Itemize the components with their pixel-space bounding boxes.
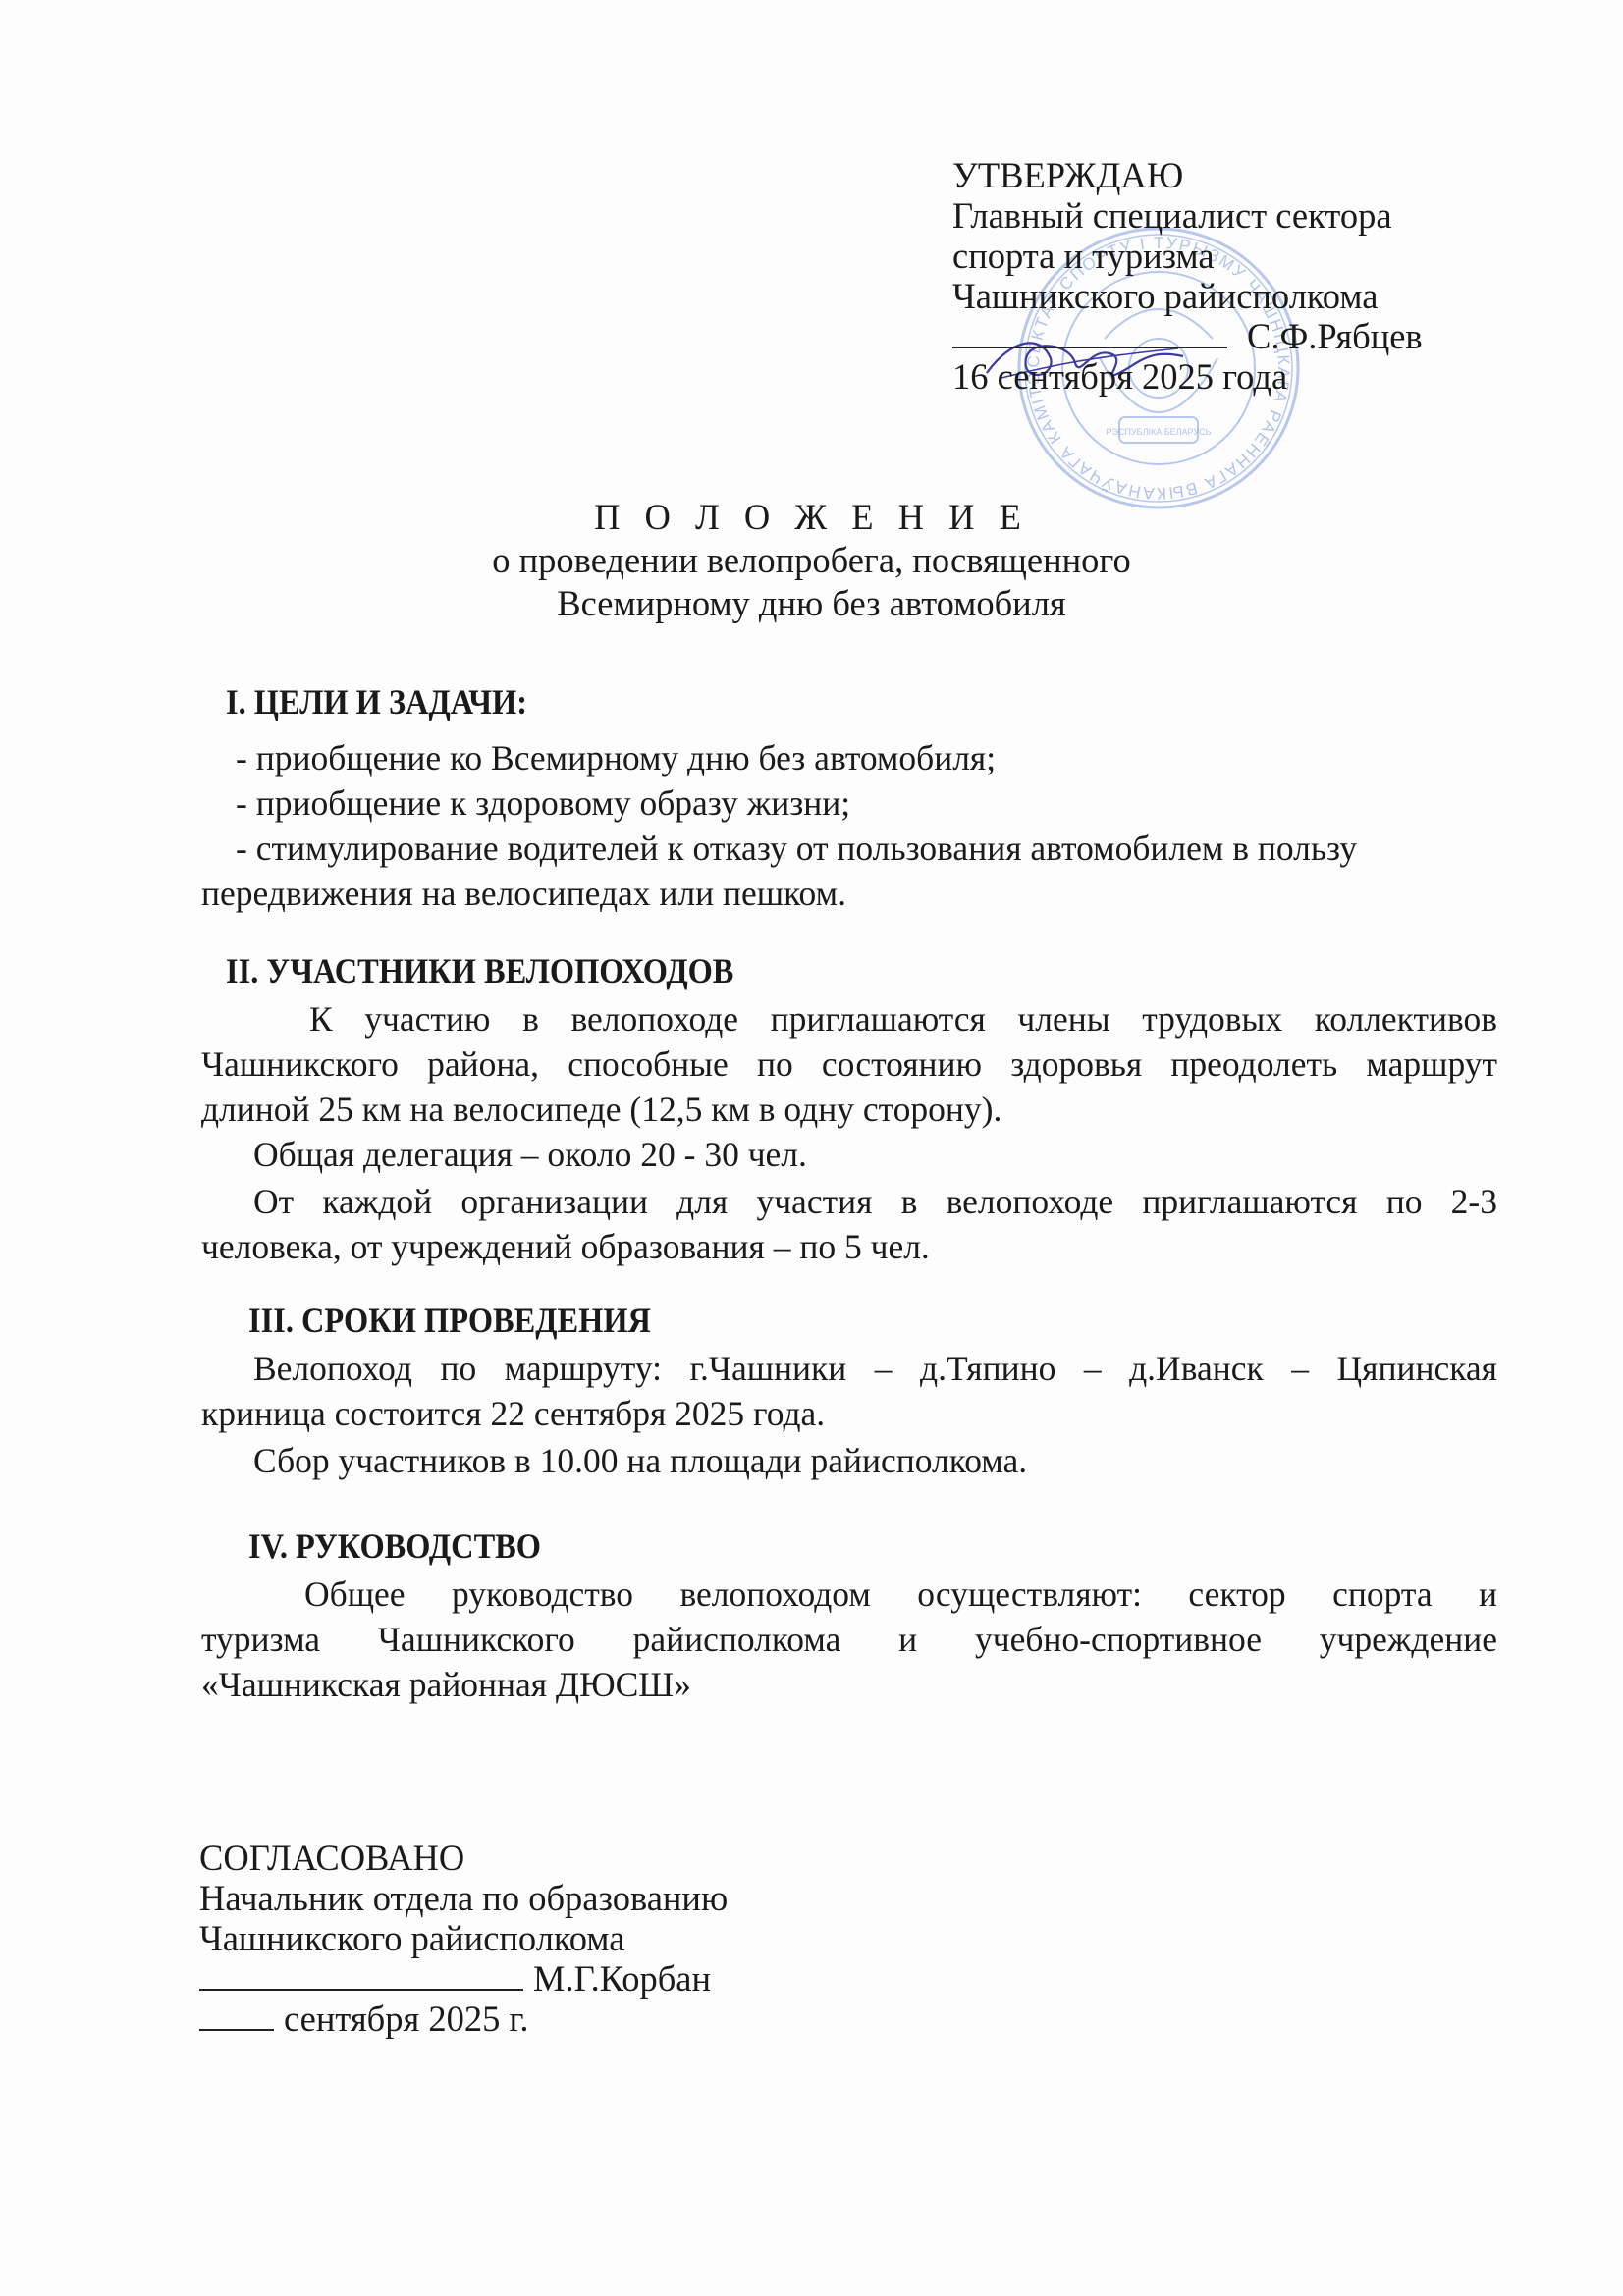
section-line: Общая делегация – около 20 - 30 чел. [253, 1135, 1554, 1174]
section-heading: IV. РУКОВОДСТВО [248, 1525, 541, 1567]
section-line: Велопоход по маршруту: г.Чашники – д.Тяп… [253, 1349, 1497, 1388]
section-line: длиной 25 км на велосипеде (12,5 км в од… [201, 1090, 1502, 1129]
agreed-block: СОГЛАСОВАНО Начальник отдела по образова… [199, 1838, 728, 2039]
section-line: - стимулирование водителей к отказу от п… [236, 828, 1497, 868]
approval-line: Главный специалист сектора [952, 195, 1423, 236]
document-title-block: П О Л О Ж Е Н И Е о проведении велопробе… [0, 496, 1623, 625]
agreed-signer: М.Г.Корбан [533, 1958, 711, 1999]
signature-line [199, 1959, 523, 1991]
document-subtitle: о проведении велопробега, посвященного [0, 539, 1623, 582]
approval-heading: УТВЕРЖДАЮ [952, 155, 1423, 195]
approval-line: Чашникского райисполкома [952, 276, 1423, 316]
section-line: Сбор участников в 10.00 на площади райис… [253, 1441, 1554, 1480]
section-line: Общее руководство велопоходом осуществля… [304, 1575, 1497, 1614]
document-title: П О Л О Ж Е Н И Е [0, 496, 1623, 539]
section-line: передвижения на велосипедах или пешком. [201, 874, 1502, 913]
approval-signer: С.Ф.Рябцев [1247, 316, 1423, 356]
section-line: - приобщение ко Всемирному дню без автом… [236, 738, 1537, 777]
agreed-heading: СОГЛАСОВАНО [199, 1838, 728, 1878]
day-blank-line [199, 2000, 274, 2031]
section-line: - приобщение к здоровому образу жизни; [236, 783, 1537, 823]
section-line: К участию в велопоходе приглашаются член… [309, 999, 1497, 1039]
agreed-line: Чашникского райисполкома [199, 1918, 728, 1958]
section-line: туризма Чашникского райисполкома и учебн… [201, 1620, 1497, 1659]
stamp-ribbon-text: РЭСПУБЛІКА БЕЛАРУСЬ [1107, 427, 1212, 437]
section-heading: III. СРОКИ ПРОВЕДЕНИЯ [248, 1300, 651, 1341]
section-line: «Чашникская районная ДЮСШ» [201, 1665, 1502, 1704]
section-line: человека, от учреждений образования – по… [201, 1227, 1502, 1266]
section-line: криница состоится 22 сентября 2025 года. [201, 1394, 1502, 1433]
agreed-date: сентября 2025 г. [284, 1999, 528, 2039]
agreed-line: Начальник отдела по образованию [199, 1878, 728, 1918]
approval-block: УТВЕРЖДАЮ Главный специалист сектора спо… [952, 155, 1423, 397]
section-heading: II. УЧАСТНИКИ ВЕЛОПОХОДОВ [226, 950, 733, 991]
approval-line: спорта и туризма [952, 236, 1423, 276]
signature-line [952, 317, 1227, 348]
document-subtitle: Всемирному дню без автомобиля [0, 582, 1623, 625]
section-heading: I. ЦЕЛИ И ЗАДАЧИ: [226, 681, 527, 722]
approval-date: 16 сентября 2025 года [952, 356, 1423, 397]
section-line: От каждой организации для участия в вело… [253, 1182, 1497, 1221]
section-line: Чашникского района, способные по состоян… [201, 1044, 1497, 1084]
